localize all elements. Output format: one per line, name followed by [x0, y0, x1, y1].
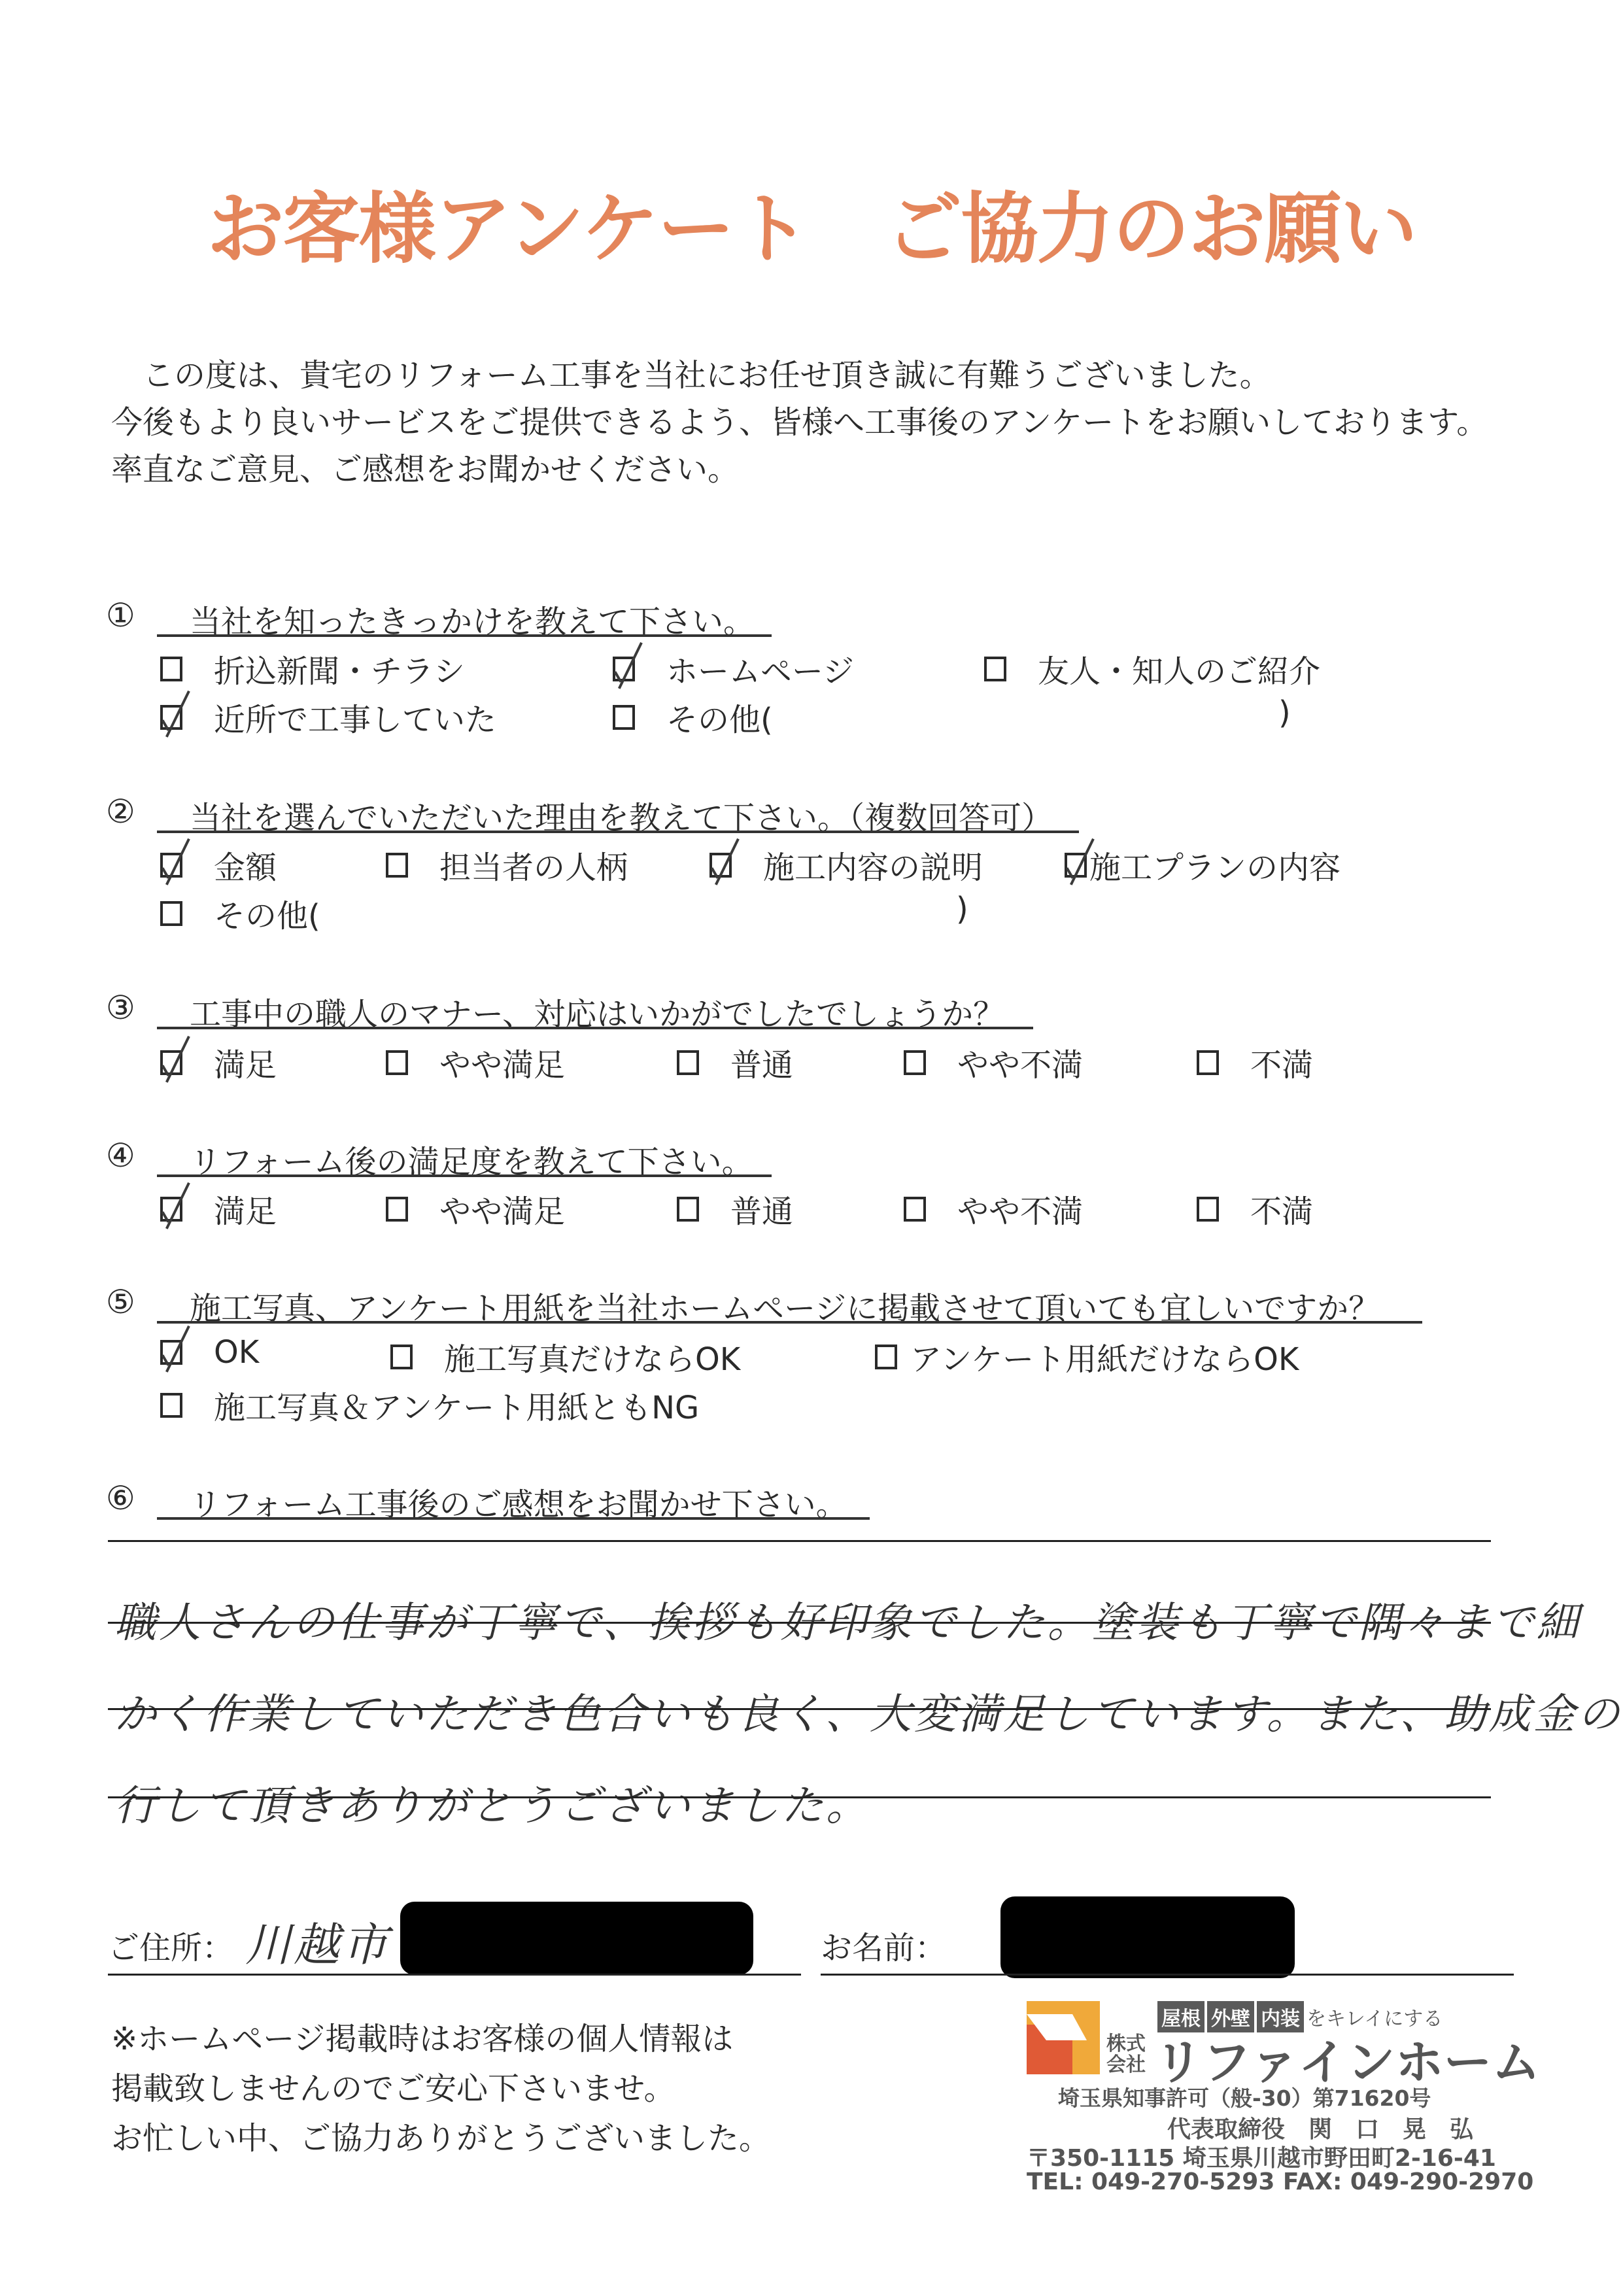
- address-line: [108, 1974, 801, 1976]
- page-title: お客様アンケート ご協力のお願い: [0, 167, 1623, 278]
- q3-option-somewhat-satisfied[interactable]: やや満足: [386, 1040, 565, 1085]
- answer-line: [108, 1622, 1491, 1624]
- handwritten-comment-line-2[interactable]: かく作業していただき色合いも良く、大変満足しています。また、助成金の申請も代: [114, 1681, 1623, 1741]
- q2-option-plan[interactable]: 施工プランの内容: [1065, 842, 1341, 887]
- checkbox[interactable]: [386, 853, 408, 878]
- checkbox[interactable]: [390, 1345, 413, 1369]
- q2-option-staff[interactable]: 担当者の人柄: [386, 842, 628, 887]
- q4-option-neutral[interactable]: 普通: [677, 1186, 793, 1231]
- redacted-address: [400, 1902, 753, 1975]
- q4-option-satisfied[interactable]: 満足: [160, 1186, 277, 1231]
- q3-option-somewhat-dissatisfied[interactable]: やや不満: [904, 1040, 1083, 1085]
- q5-option-ng[interactable]: 施工写真＆アンケート用紙ともNG: [160, 1382, 699, 1428]
- question-number: ②: [106, 793, 135, 831]
- question-number: ①: [106, 596, 135, 634]
- name-line: [821, 1974, 1514, 1976]
- address-value[interactable]: 川越市: [245, 1908, 390, 1974]
- address-label: ご住所：: [108, 1923, 233, 1968]
- checkbox[interactable]: [613, 705, 635, 730]
- q2-other-close: ): [956, 891, 968, 927]
- q2-option-explanation[interactable]: 施工内容の説明: [709, 842, 983, 887]
- q5-option-photos-only[interactable]: 施工写真だけならOK: [390, 1334, 740, 1379]
- checkbox[interactable]: [984, 657, 1006, 681]
- name-label: お名前：: [821, 1923, 946, 1968]
- checkbox[interactable]: [875, 1345, 897, 1369]
- checkbox-checked[interactable]: [160, 1197, 182, 1222]
- company-logo-icon: [1027, 2001, 1100, 2074]
- q1-option-referral[interactable]: 友人・知人のご紹介: [984, 646, 1320, 691]
- checkbox[interactable]: [386, 1050, 408, 1075]
- checkbox[interactable]: [904, 1197, 926, 1222]
- q3-option-satisfied[interactable]: 満足: [160, 1040, 277, 1085]
- handwritten-comment-line-1[interactable]: 職人さんの仕事が丁寧で、挨拶も好印象でした。塗装も丁寧で隅々まで細: [114, 1589, 1581, 1649]
- redacted-name: [1000, 1896, 1295, 1978]
- checkbox[interactable]: [904, 1050, 926, 1075]
- checkbox-checked[interactable]: [160, 1340, 182, 1365]
- q2-option-price[interactable]: 金額: [160, 842, 277, 887]
- company-license: 埼玉県知事許可（般-30）第71620号: [1058, 2082, 1431, 2112]
- privacy-note: ※ホームページ掲載時はお客様の個人情報は 掲載致しませんのでご安心下さいませ。 …: [111, 2014, 770, 2163]
- q4-option-dissatisfied[interactable]: 不満: [1197, 1186, 1313, 1231]
- q3-option-neutral[interactable]: 普通: [677, 1040, 793, 1085]
- answer-line: [108, 1708, 1491, 1710]
- question-number: ③: [106, 989, 135, 1027]
- q2-option-other[interactable]: その他(: [160, 891, 320, 936]
- divider: [157, 634, 772, 637]
- question-number: ⑥: [106, 1479, 135, 1517]
- company-type: 株式 会社: [1106, 2034, 1146, 2076]
- divider: [157, 1517, 870, 1520]
- checkbox-checked[interactable]: [160, 853, 182, 878]
- handwritten-comment-line-3[interactable]: 行して頂きありがとうございました。: [114, 1772, 870, 1832]
- checkbox[interactable]: [1197, 1197, 1219, 1222]
- checkbox[interactable]: [160, 1393, 182, 1418]
- divider: [157, 831, 1079, 833]
- intro-line: この度は、貴宅のリフォーム工事を当社にお任せ頂き誠に有難うございました。: [111, 352, 1488, 399]
- question-number: ⑤: [106, 1283, 135, 1321]
- q4-option-somewhat-satisfied[interactable]: やや満足: [386, 1186, 565, 1231]
- checkbox-checked[interactable]: [613, 657, 635, 681]
- q1-other-close: ): [1278, 694, 1291, 731]
- company-contact: TEL: 049-270-5293 FAX: 049-290-2970: [1027, 2168, 1533, 2195]
- note-line: お忙しい中、ご協力ありがとうございました。: [111, 2114, 770, 2163]
- note-line: 掲載致しませんのでご安心下さいませ。: [111, 2064, 770, 2114]
- intro-text: この度は、貴宅のリフォーム工事を当社にお任せ頂き誠に有難うございました。 今後も…: [111, 352, 1488, 493]
- intro-line: 今後もより良いサービスをご提供できるよう、皆様へ工事後のアンケートをお願いしてお…: [111, 399, 1488, 446]
- q3-option-dissatisfied[interactable]: 不満: [1197, 1040, 1313, 1085]
- answer-line: [108, 1796, 1491, 1798]
- q4-option-somewhat-dissatisfied[interactable]: やや不満: [904, 1186, 1083, 1231]
- intro-line: 率直なご意見、ご感想をお聞かせください。: [111, 446, 1488, 493]
- checkbox[interactable]: [677, 1050, 699, 1075]
- checkbox-checked[interactable]: [160, 705, 182, 730]
- checkbox-checked[interactable]: [160, 1050, 182, 1075]
- checkbox[interactable]: [1197, 1050, 1219, 1075]
- q1-option-other[interactable]: その他(: [613, 694, 773, 740]
- checkbox[interactable]: [677, 1197, 699, 1222]
- checkbox[interactable]: [160, 901, 182, 926]
- checkbox[interactable]: [386, 1197, 408, 1222]
- question-number: ④: [106, 1137, 135, 1174]
- q1-option-nearby[interactable]: 近所で工事していた: [160, 694, 496, 740]
- q1-option-flyer[interactable]: 折込新聞・チラシ: [160, 646, 465, 691]
- divider: [157, 1027, 1033, 1029]
- checkbox[interactable]: [160, 657, 182, 681]
- note-line: ※ホームページ掲載時はお客様の個人情報は: [111, 2014, 770, 2064]
- divider: [157, 1174, 772, 1177]
- q5-option-ok[interactable]: OK: [160, 1334, 259, 1371]
- divider: [157, 1321, 1422, 1324]
- q5-option-survey-only[interactable]: アンケート用紙だけならOK: [875, 1334, 1299, 1379]
- checkbox-checked[interactable]: [709, 853, 732, 878]
- checkbox-checked[interactable]: [1065, 853, 1087, 878]
- q1-option-homepage[interactable]: ホームページ: [613, 646, 854, 691]
- answer-line: [108, 1540, 1491, 1542]
